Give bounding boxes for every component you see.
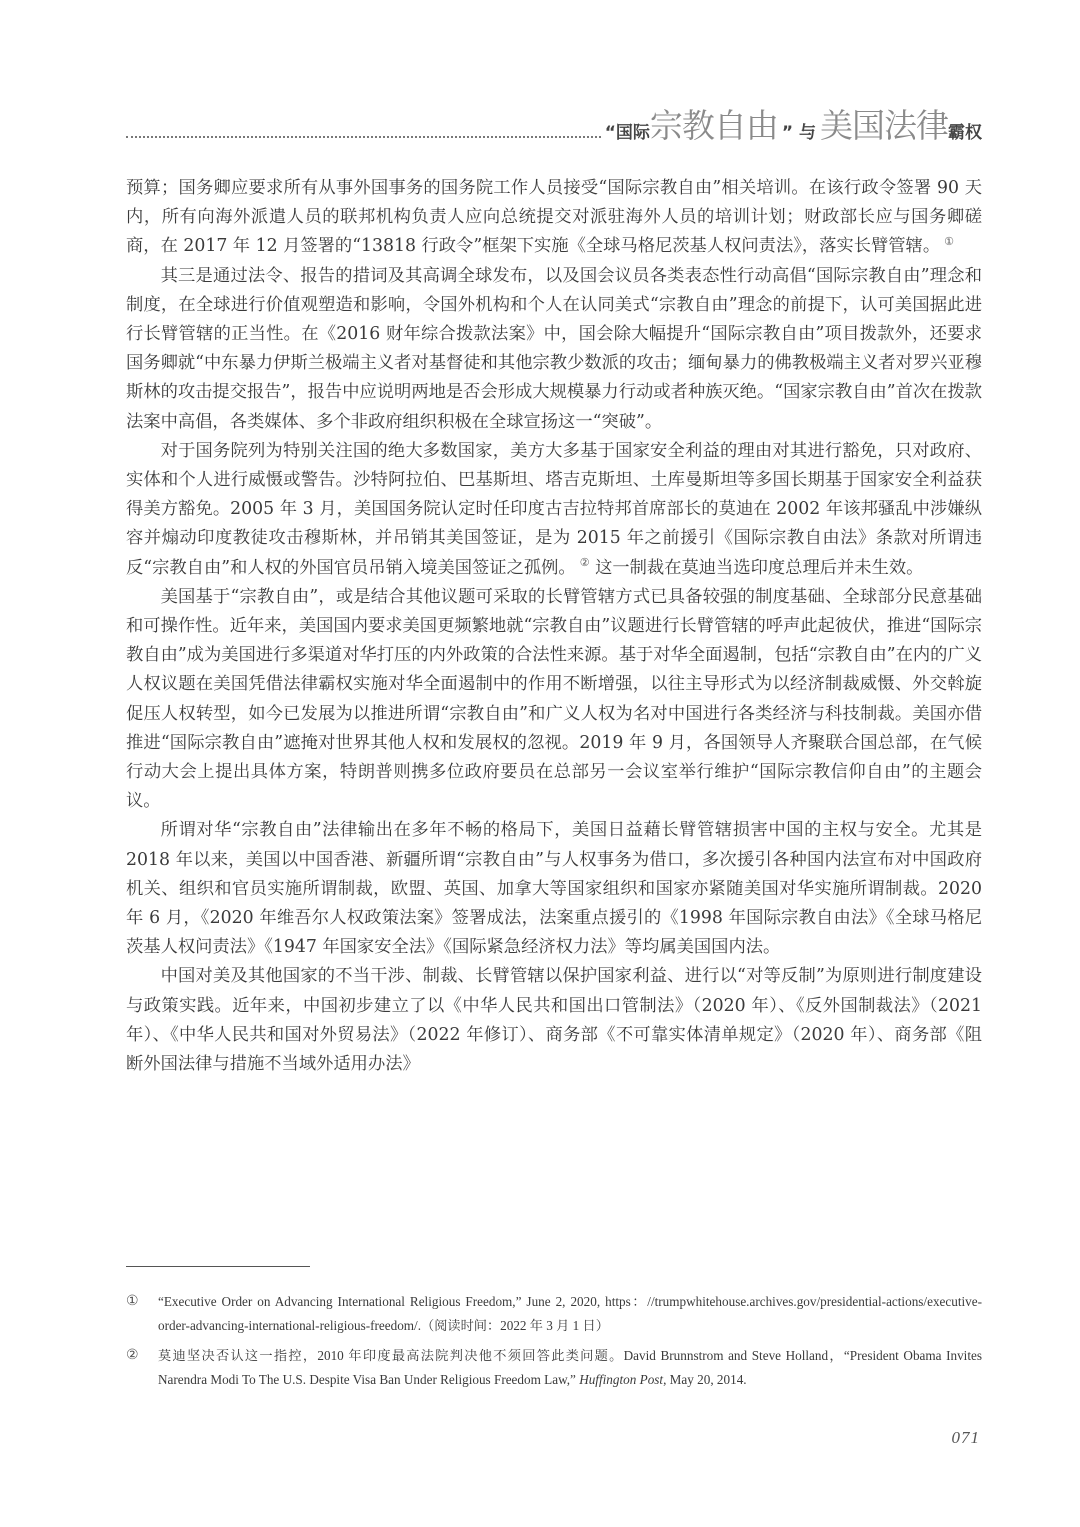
- paragraph-5: 所谓对华“宗教自由”法律输出在多年不畅的格局下，美国日益藉长臂管辖损害中国的主权…: [126, 816, 982, 962]
- paragraph-text: 中国对美及其他国家的不当干涉、制裁、长臂管辖以保护国家利益、进行以“对等反制”为…: [126, 966, 982, 1074]
- footnote-divider: [126, 1266, 310, 1267]
- header-part-2: 宗教自由: [650, 108, 778, 144]
- footnote-1: ① “Executive Order on Advancing Internat…: [126, 1290, 982, 1338]
- footnotes: ① “Executive Order on Advancing Internat…: [126, 1290, 982, 1398]
- header-part-1: “国际: [605, 118, 650, 143]
- paragraph-3: 对于国务院列为特别关注国的绝大多数国家，美方大多基于国家安全利益的理由对其进行豁…: [126, 437, 982, 583]
- paragraph-text-after: 这一制裁在莫迪当选印度总理后并未生效。: [590, 558, 924, 578]
- paragraph-text: 预算；国务卿应要求所有从事外国事务的国务院工作人员接受“国际宗教自由”相关培训。…: [126, 178, 982, 256]
- header-part-5: 霸权: [948, 118, 982, 143]
- paragraph-text: 所谓对华“宗教自由”法律输出在多年不畅的格局下，美国日益藉长臂管辖损害中国的主权…: [126, 820, 982, 957]
- header-dotted-leader: [126, 136, 601, 138]
- footnote-mark: ①: [126, 1290, 158, 1338]
- paragraph-text: 其三是通过法令、报告的措词及其高调全球发布，以及国会议员各类表态性行动高倡“国际…: [126, 266, 982, 432]
- footnote-text: “Executive Order on Advancing Internatio…: [158, 1290, 982, 1338]
- paragraph-4: 美国基于“宗教自由”，或是结合其他议题可采取的长臂管辖方式已具备较强的制度基础、…: [126, 583, 982, 817]
- footnote-text-before: 莫迪坚决否认这一指控，2010 年印度最高法院判决他不须回答此类问题。David…: [158, 1348, 982, 1387]
- running-header: “国际 宗教自由 ” 与 美国法律 霸权: [126, 104, 982, 144]
- paragraph-text: 美国基于“宗教自由”，或是结合其他议题可采取的长臂管辖方式已具备较强的制度基础、…: [126, 587, 982, 811]
- footnote-source-italic: Huffington Post: [579, 1372, 663, 1387]
- paragraph-6: 中国对美及其他国家的不当干涉、制裁、长臂管辖以保护国家利益、进行以“对等反制”为…: [126, 962, 982, 1079]
- footnote-ref-2[interactable]: ②: [580, 556, 590, 569]
- body-text: 预算；国务卿应要求所有从事外国事务的国务院工作人员接受“国际宗教自由”相关培训。…: [126, 174, 982, 1079]
- paragraph-2: 其三是通过法令、报告的措词及其高调全球发布，以及国会议员各类表态性行动高倡“国际…: [126, 262, 982, 437]
- header-part-3: ” 与: [782, 118, 816, 143]
- footnote-text: 莫迪坚决否认这一指控，2010 年印度最高法院判决他不须回答此类问题。David…: [158, 1344, 982, 1392]
- footnote-2: ② 莫迪坚决否认这一指控，2010 年印度最高法院判决他不须回答此类问题。Dav…: [126, 1344, 982, 1392]
- page-number: 071: [952, 1428, 981, 1448]
- footnote-ref-1[interactable]: ①: [944, 235, 954, 248]
- header-part-4: 美国法律: [820, 108, 948, 144]
- footnote-mark: ②: [126, 1344, 158, 1392]
- running-header-title: “国际 宗教自由 ” 与 美国法律 霸权: [605, 108, 982, 144]
- paragraph-1: 预算；国务卿应要求所有从事外国事务的国务院工作人员接受“国际宗教自由”相关培训。…: [126, 174, 982, 262]
- footnote-text-after: , May 20, 2014.: [663, 1372, 747, 1387]
